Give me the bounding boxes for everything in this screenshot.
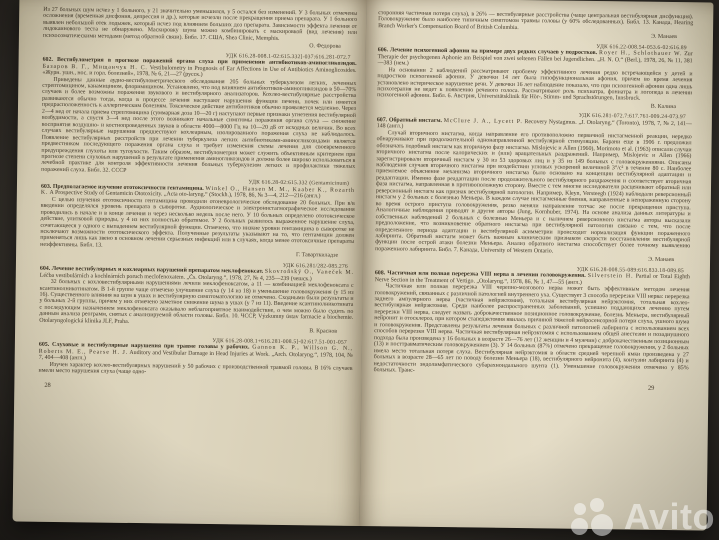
entry-606: УДК 616.22-008.54-053.6-02:616.89 606. Л…	[377, 41, 693, 111]
entry-602: УДК 616.28-008.1-02:615.332]-037:616.281…	[41, 51, 357, 178]
page-number-right: 29	[373, 383, 688, 394]
entry-body: 32 больных с кохловестибулярными нарушен…	[39, 279, 354, 328]
avito-logo-icon	[571, 498, 617, 540]
page-number-left: 28	[38, 383, 352, 394]
right-page: сторонняя частичная потеря слуха), в 26%…	[360, 0, 714, 531]
entry-603: УДК 616.28-02:615.332 (Gentamicinum) 603…	[40, 177, 355, 260]
left-page: Из 27 больных шум исчез у 1 больного, у …	[13, 0, 367, 526]
entry-605: УДК 616.28-008.1+616.281-008.5]-02:617.5…	[39, 336, 353, 379]
abstract-601-continuation: Из 27 больных шум исчез у 1 больного, у …	[43, 7, 357, 43]
avito-watermark: Avito	[571, 498, 715, 540]
entry-body: Изучен характер кохлео-вестибулярных нар…	[39, 361, 353, 378]
watermark-brand-text: Avito	[624, 499, 715, 539]
entry-body: Частичная или полная перерезка VIII чере…	[374, 283, 690, 377]
entry-607: УДК 616.281-072.7:617.761-009.24-073.97 …	[375, 111, 692, 265]
entry-604: УДК 616.281/282-085.276 604. Лечение вес…	[39, 260, 354, 336]
entry-608: УДК 616.28-008.55-089:616.833.18-089.85 …	[374, 264, 690, 378]
entry-body: С целью изучения ототоксичности гентамиц…	[40, 196, 355, 252]
book-spread: Из 27 больных шум исчез у 1 больного, у …	[13, 0, 714, 531]
entry-authors: McClure J. A., Lycett P.	[444, 118, 523, 125]
entry-authors: Silverstein H.	[588, 273, 634, 280]
entry-body: Случай вторичного нистагма, когда направ…	[375, 130, 692, 257]
abstract-605-continuation: сторонняя частичная потеря слуха), в 26%…	[378, 10, 693, 33]
entry-body: Приведены данные аудио-вестибулометричес…	[41, 76, 356, 177]
entry-body: На основании 2 наблюдений рассматривают …	[377, 67, 692, 103]
